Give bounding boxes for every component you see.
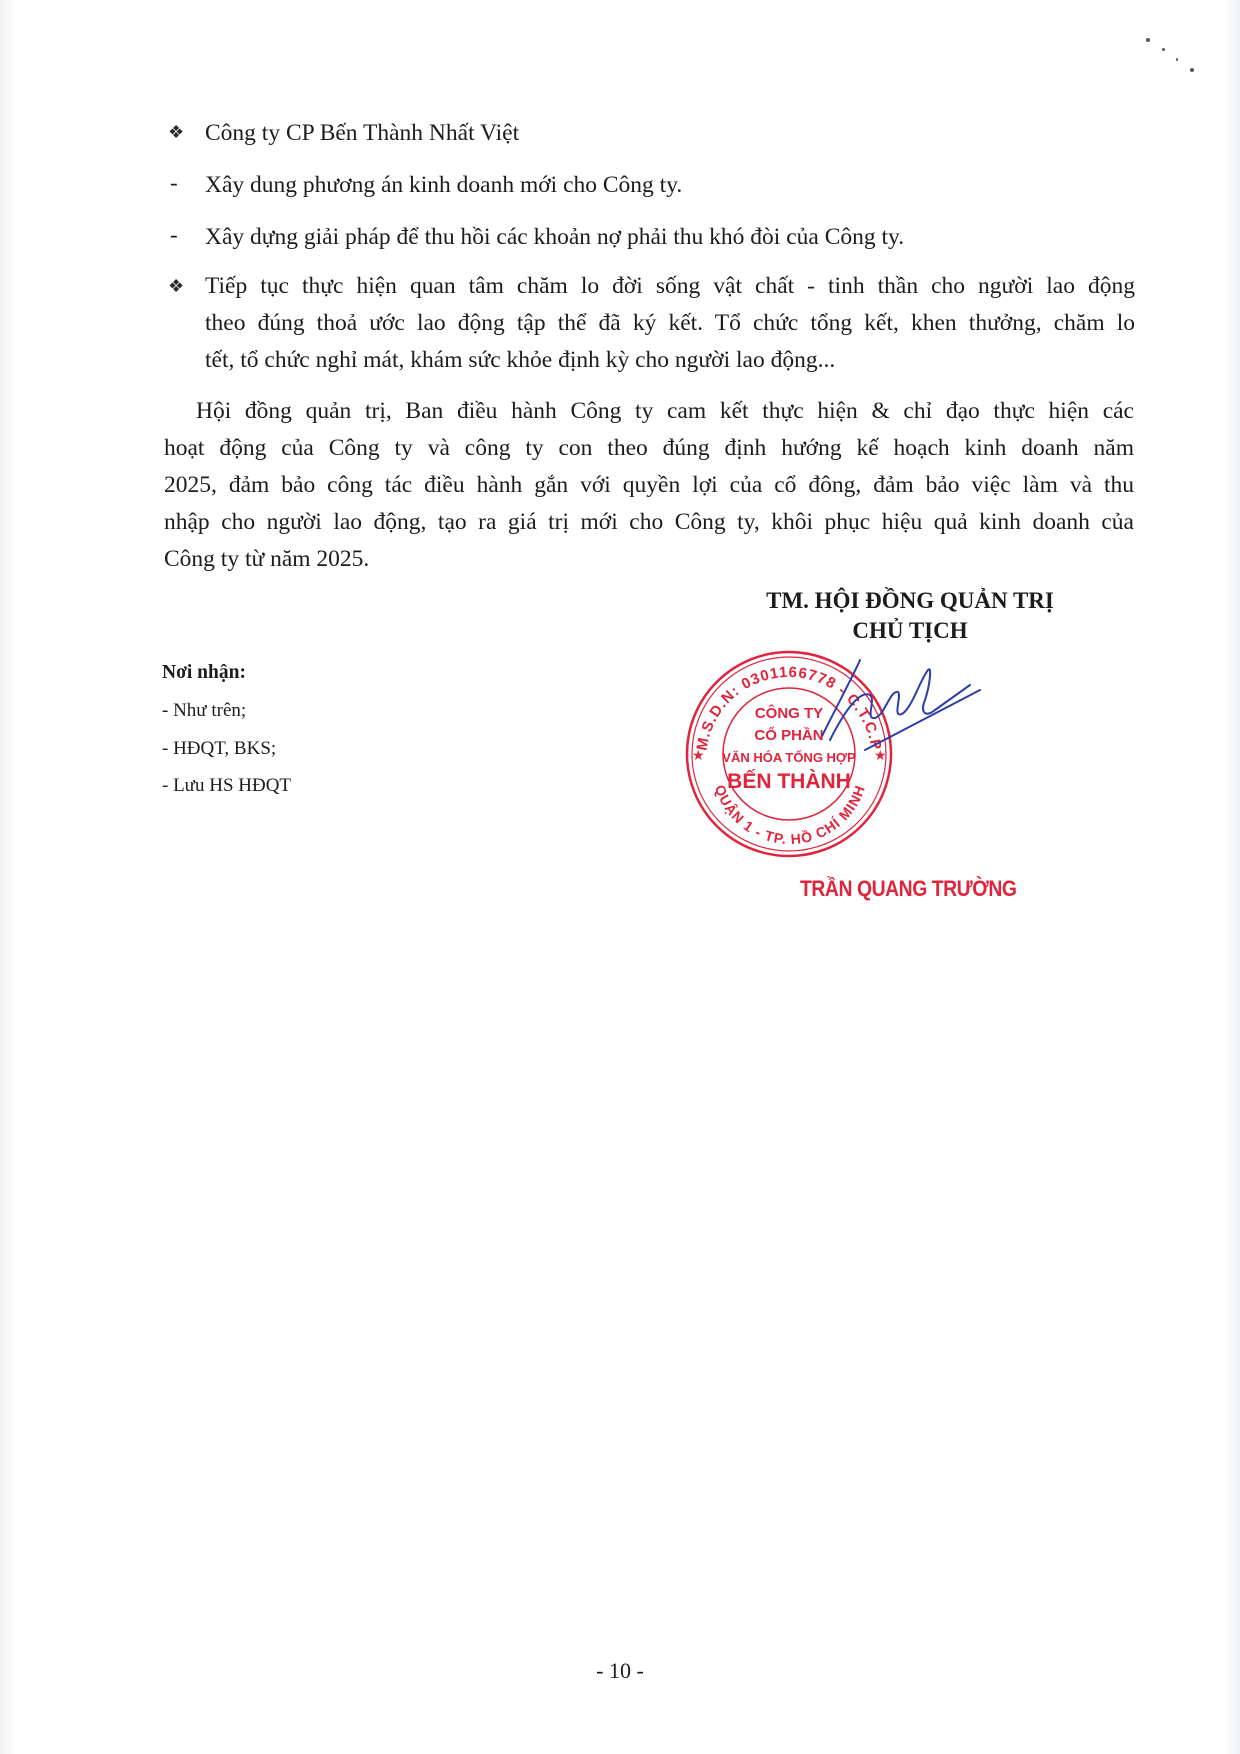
svg-text:CỔ PHẦN: CỔ PHẦN — [754, 726, 823, 744]
svg-text:BẾN THÀNH: BẾN THÀNH — [727, 770, 851, 793]
dash-marker: - — [170, 222, 178, 248]
recipients-title: Nơi nhận: — [162, 662, 246, 684]
closing-paragraph-line: Hội đồng quản trị, Ban điều hành Công ty… — [196, 393, 1134, 430]
list-item: Xây dựng giải pháp để thu hồi các khoản … — [205, 222, 904, 252]
page-number: - 10 - — [0, 1658, 1240, 1684]
svg-text:CÔNG TY: CÔNG TY — [755, 704, 823, 722]
paragraph-line: Tiếp tục thực hiện quan tâm chăm lo đời … — [205, 268, 1135, 305]
diamond-bullet-icon: ❖ — [168, 122, 184, 143]
diamond-bullet-icon: ❖ — [168, 276, 184, 297]
signer-name: TRẦN QUANG TRƯỜNG — [800, 876, 1017, 902]
scan-artifact-dots — [1140, 36, 1200, 76]
scan-edge — [0, 0, 14, 1754]
closing-paragraph-line: 2025, đảm bảo công tác điều hành gắn với… — [164, 467, 1134, 504]
document-page: ❖ Công ty CP Bến Thành Nhất Việt - Xây d… — [0, 0, 1240, 1754]
recipient-item: - Lưu HS HĐQT — [162, 775, 291, 797]
paragraph-line: theo đúng thoả ước lao động tập thể đã k… — [205, 305, 1135, 342]
closing-paragraph-line: Công ty từ năm 2025. — [164, 541, 1134, 578]
dash-marker: - — [170, 170, 178, 196]
scan-edge — [1226, 0, 1240, 1754]
list-item: Xây dung phương án kinh doanh mới cho Cô… — [205, 170, 682, 200]
recipient-item: - HĐQT, BKS; — [162, 738, 276, 760]
svg-text:★: ★ — [692, 747, 705, 763]
paragraph-line: tết, tổ chức nghỉ mát, khám sức khỏe địn… — [205, 342, 1135, 379]
signature-title: TM. HỘI ĐỒNG QUẢN TRỊ — [740, 588, 1080, 614]
closing-paragraph-line: nhập cho người lao động, tạo ra giá trị … — [164, 504, 1134, 541]
recipient-item: - Như trên; — [162, 700, 246, 722]
closing-paragraph-line: hoạt động của Công ty và công ty con the… — [164, 430, 1134, 467]
section-heading: Công ty CP Bến Thành Nhất Việt — [205, 118, 519, 148]
signature-icon — [820, 640, 1010, 760]
